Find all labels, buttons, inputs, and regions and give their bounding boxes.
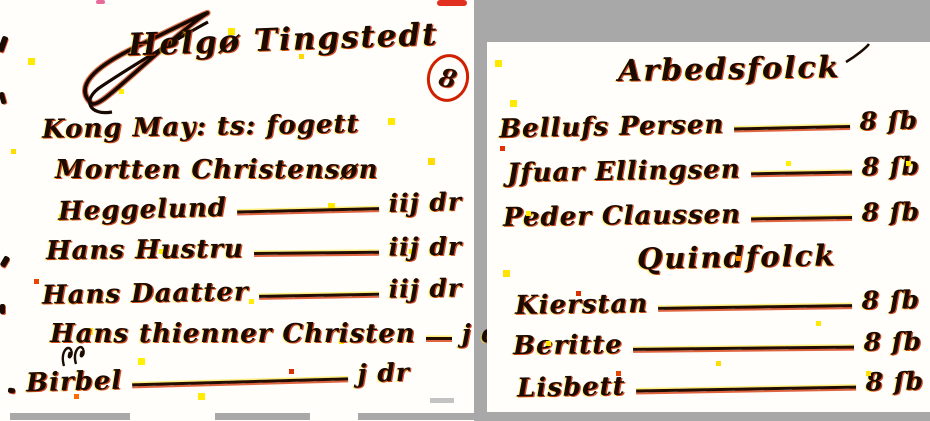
line-text: Hans Daatter — [42, 277, 249, 311]
right-page-title: Arbedsfolck — [618, 50, 841, 89]
line-amount: 8 ſb — [861, 151, 920, 182]
line-text: Heggelund — [58, 193, 228, 227]
ledger-line: Mortten Christensøn — [55, 155, 378, 185]
line-text: Hans Hustru — [46, 234, 244, 266]
ruled-dash — [237, 207, 379, 213]
small-flourish — [58, 342, 92, 368]
ink-blot — [0, 35, 9, 52]
ink-blot — [0, 92, 6, 105]
ruled-dash — [751, 216, 852, 220]
ruled-dash — [259, 293, 379, 298]
line-text: Beritte — [513, 330, 623, 361]
line-text: Peder Claussen — [503, 200, 741, 233]
manuscript-scan: Helgø Tingstedt 8 Kong May: ts: fogett M… — [0, 0, 930, 421]
line-amount: 8 ſb — [863, 327, 922, 358]
page-number-badge: 8 — [422, 50, 473, 106]
noise-speckles-left — [0, 0, 3, 3]
pen-stroke-mark — [842, 42, 872, 64]
ledger-line: Hans Daatter iij dr — [42, 273, 462, 310]
ruled-dash — [734, 125, 849, 130]
ledger-line: Lisbett 8 ſb — [517, 366, 924, 403]
line-text: Lisbett — [517, 372, 626, 404]
ledger-line: Jfuar Ellingsen 8 ſb — [507, 151, 920, 188]
line-text: Jfuar Ellingsen — [507, 155, 741, 189]
ledger-line: Kierstan 8 ſb — [515, 285, 920, 321]
ruled-dash — [132, 377, 347, 386]
ruled-dash — [636, 386, 856, 393]
ink-blot — [8, 387, 16, 393]
line-amount: 8 ſb — [859, 106, 918, 137]
red-edge-dot — [96, 0, 105, 4]
line-text: Mortten Christensøn — [55, 155, 378, 185]
ledger-line: Hans Hustru iij dr — [46, 232, 462, 266]
noise-speckles-right — [487, 42, 490, 45]
scanner-edge-dash — [215, 413, 310, 420]
scanner-edge-dash — [10, 413, 130, 420]
ledger-line: Hans thienner Christen j dr — [50, 319, 468, 349]
line-amount: iij dr — [388, 187, 462, 219]
right-page: Arbedsfolck Bellufs Persen 8 ſb Jfuar El… — [487, 42, 930, 412]
line-text: Bellufs Persen — [499, 110, 725, 145]
ledger-line: Heggelund iij dr — [58, 187, 463, 227]
ink-blot — [0, 255, 10, 268]
ledger-line: Peder Claussen 8 ſb — [503, 197, 920, 233]
ruled-dash — [633, 346, 854, 351]
line-amount: iij dr — [388, 232, 462, 263]
ledger-line: Kong May: ts: fogett — [42, 109, 360, 145]
right-page-subheader: Quindfolck — [637, 238, 837, 275]
line-amount: 8 ſb — [861, 197, 920, 228]
red-edge-mark — [437, 0, 467, 6]
line-text: Kierstan — [515, 289, 649, 321]
line-amount: 8 ſb — [861, 285, 920, 316]
ruled-dash — [751, 171, 852, 176]
line-text: Birbel — [26, 366, 123, 399]
scanner-edge-dash — [430, 398, 454, 403]
scanner-edge-dash — [358, 413, 474, 420]
left-page: Helgø Tingstedt 8 Kong May: ts: fogett M… — [0, 0, 474, 421]
line-text: Hans thienner Christen — [50, 319, 416, 349]
line-text: Kong May: ts: fogett — [42, 109, 360, 145]
ruled-dash — [254, 251, 379, 255]
line-amount: j dr — [357, 358, 410, 389]
ledger-line: Bellufs Persen 8 ſb — [499, 106, 919, 145]
ink-blot — [0, 304, 5, 314]
line-amount: 8 ſb — [865, 366, 924, 397]
ruled-dash — [426, 337, 452, 340]
ruled-dash — [658, 304, 852, 310]
ledger-line: Beritte 8 ſb — [513, 327, 922, 361]
line-amount: iij dr — [388, 273, 462, 304]
